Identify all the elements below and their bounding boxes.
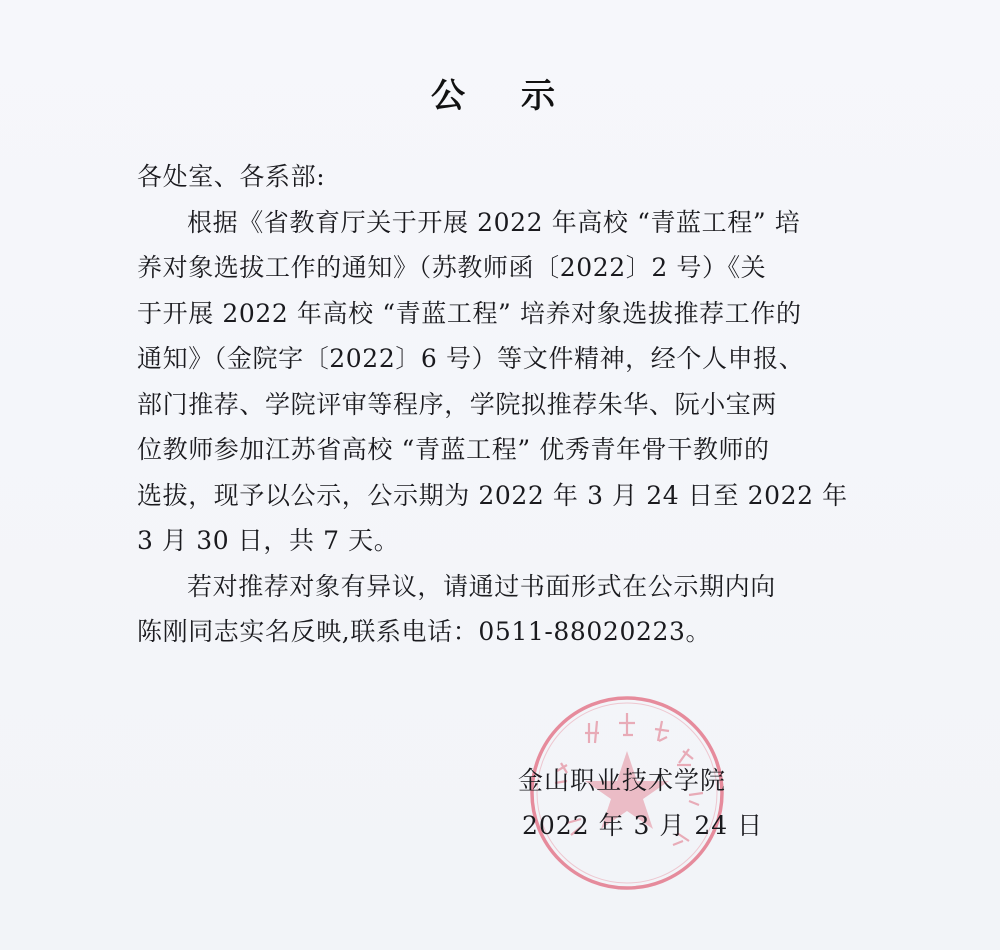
page-title: 公示 bbox=[0, 68, 1000, 117]
paragraph1-line: 选拔，现予以公示，公示期为 2022 年 3 月 24 日至 2022 年 bbox=[137, 473, 837, 519]
paragraph1-line: 部门推荐、学院评审等程序，学院拟推荐朱华、阮小宝两 bbox=[137, 382, 837, 428]
signature-date: 2022 年 3 月 24 日 bbox=[518, 803, 763, 848]
signature-block: 金山职业技术学院 2022 年 3 月 24 日 bbox=[518, 758, 763, 848]
paragraph2-line: 陈刚同志实名反映,联系电话：0511-88020223。 bbox=[137, 609, 837, 655]
paragraph1-line: 3 月 30 日，共 7 天。 bbox=[137, 518, 837, 564]
paragraph2-line: 若对推荐对象有异议，请通过书面形式在公示期内向 bbox=[137, 564, 837, 610]
paragraph1-line: 根据《省教育厅关于开展 2022 年高校 “青蓝工程” 培 bbox=[137, 200, 837, 246]
signature-organization: 金山职业技术学院 bbox=[518, 758, 763, 803]
paragraph1-line: 养对象选拔工作的通知》（苏教师函〔2022〕2 号）《关 bbox=[137, 245, 837, 291]
salutation: 各处室、各系部: bbox=[137, 154, 837, 200]
paragraph1-line: 位教师参加江苏省高校 “青蓝工程” 优秀青年骨干教师的 bbox=[137, 427, 837, 473]
paragraph1-line: 于开展 2022 年高校 “青蓝工程” 培养对象选拔推荐工作的 bbox=[137, 291, 837, 337]
document-body: 各处室、各系部: 根据《省教育厅关于开展 2022 年高校 “青蓝工程” 培 养… bbox=[137, 154, 837, 655]
paragraph1-line: 通知》（金院字〔2022〕6 号）等文件精神，经个人申报、 bbox=[137, 336, 837, 382]
document-page: 公示 各处室、各系部: 根据《省教育厅关于开展 2022 年高校 “青蓝工程” … bbox=[0, 0, 1000, 950]
